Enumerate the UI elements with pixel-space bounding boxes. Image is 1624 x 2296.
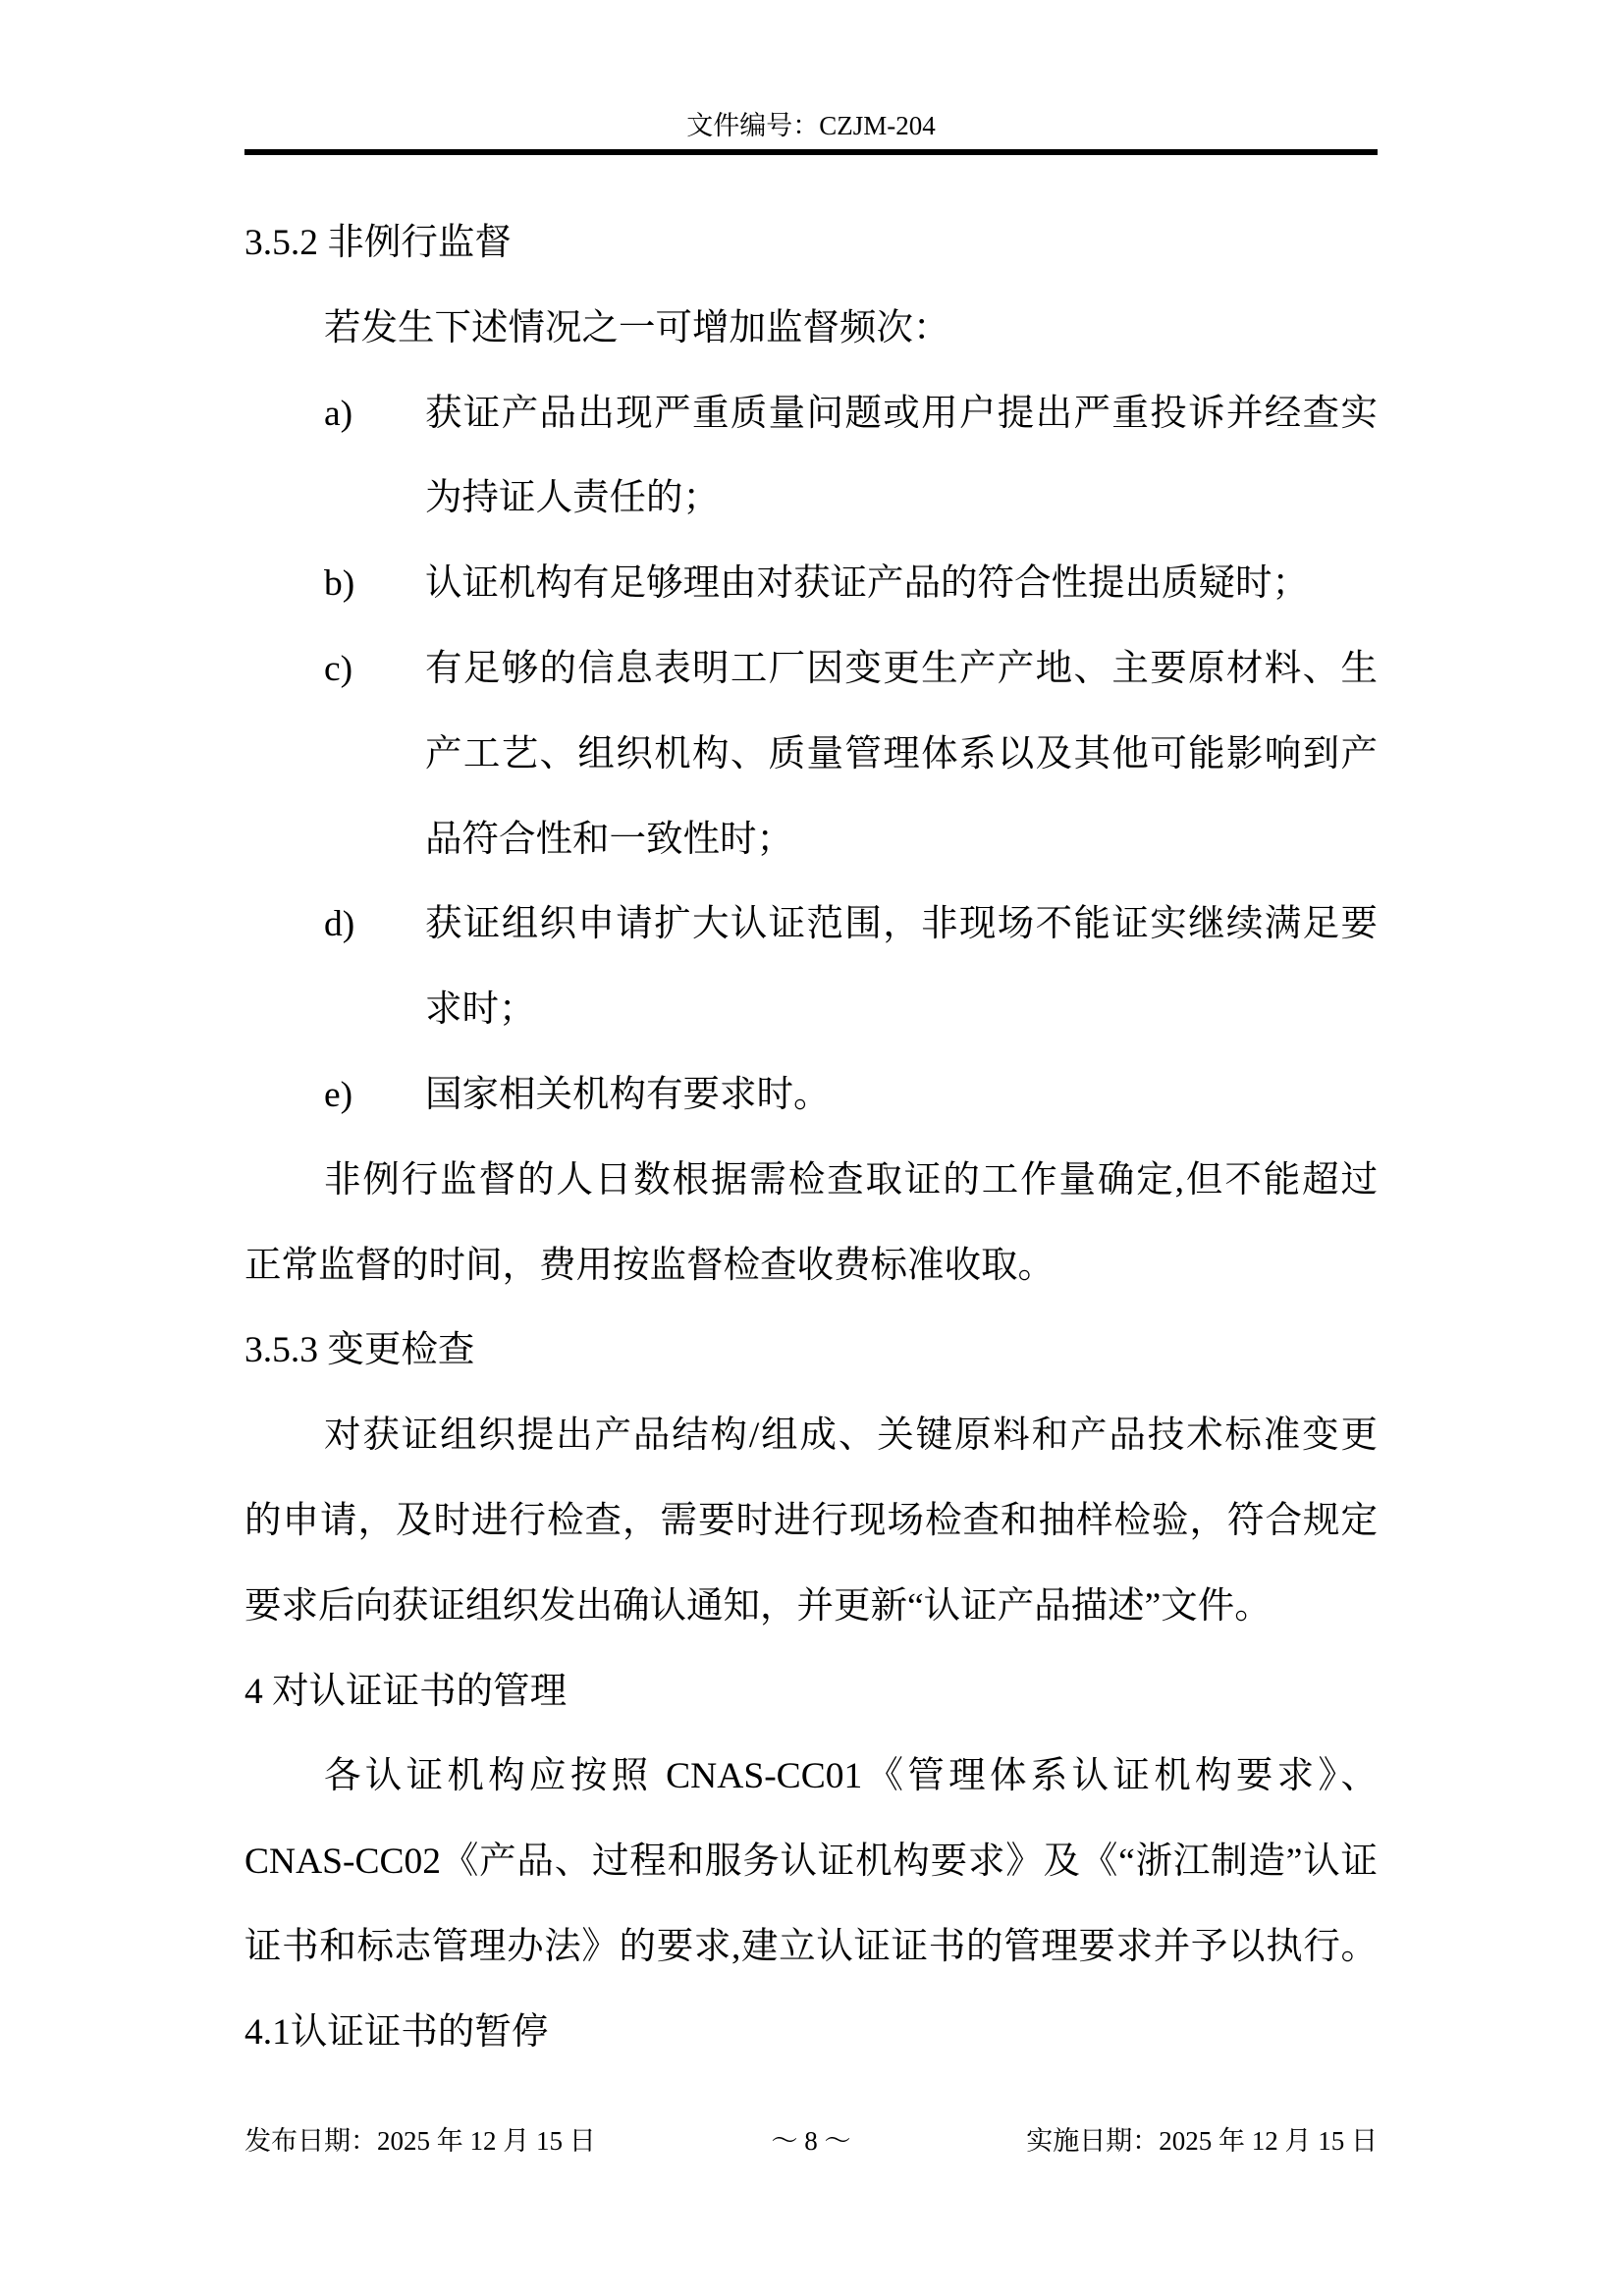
- list-marker: a): [324, 372, 352, 457]
- paragraph-line: 对获证组织提出产品结构/组成、关键原料和产品技术标准变更: [244, 1394, 1378, 1479]
- section-heading: 4.1认证证书的暂停: [244, 1991, 1378, 2076]
- list-marker: d): [324, 882, 354, 968]
- list-item-text: 认证机构有足够理由对获证产品的符合性提出质疑时；: [425, 563, 1309, 604]
- paragraph-line: 非例行监督的人日数根据需检查取证的工作量确定,但不能超过: [244, 1139, 1378, 1224]
- paragraph-line: 证书和标志管理办法》的要求,建立认证证书的管理要求并予以执行。: [244, 1905, 1378, 1991]
- footer-release-date: 发布日期：2025 年 12 月 15 日: [244, 2124, 596, 2158]
- list-marker: b): [324, 542, 354, 627]
- list-item-text: 有足够的信息表明工厂因变更生产产地、主要原材料、生: [425, 649, 1378, 689]
- paragraph-line: 要求后向获证组织发出确认通知，并更新“认证产品描述”文件。: [244, 1565, 1378, 1650]
- list-item-continuation: 产工艺、组织机构、质量管理体系以及其他可能影响到产: [244, 713, 1378, 798]
- document-body: 3.5.2 非例行监督 若发生下述情况之一可增加监督频次： a)获证产品出现严重…: [244, 201, 1378, 2076]
- list-item-line: e)国家相关机构有要求时。: [244, 1053, 1378, 1139]
- list-marker: c): [324, 627, 352, 713]
- paragraph-line: 若发生下述情况之一可增加监督频次：: [244, 287, 1378, 372]
- document-page: 文件编号：CZJM-204 3.5.2 非例行监督 若发生下述情况之一可增加监督…: [0, 0, 1624, 2296]
- list-item-line: b)认证机构有足够理由对获证产品的符合性提出质疑时；: [244, 542, 1378, 627]
- list-marker: e): [324, 1053, 352, 1139]
- paragraph-line: CNAS-CC02《产品、过程和服务认证机构要求》及《“浙江制造”认证: [244, 1820, 1378, 1905]
- footer-implement-date: 实施日期：2025 年 12 月 15 日: [1026, 2124, 1378, 2158]
- list-item-continuation: 为持证人责任的；: [244, 456, 1378, 542]
- footer-page-number: ～ 8 ～: [772, 2124, 851, 2158]
- list-item-continuation: 品符合性和一致性时；: [244, 798, 1378, 883]
- list-item-line: c)有足够的信息表明工厂因变更生产产地、主要原材料、生: [244, 627, 1378, 713]
- paragraph-line: 的申请，及时进行检查，需要时进行现场检查和抽样检验，符合规定: [244, 1479, 1378, 1565]
- section-heading: 4 对认证证书的管理: [244, 1650, 1378, 1735]
- paragraph-line: 各认证机构应按照 CNAS-CC01《管理体系认证机构要求》、: [244, 1735, 1378, 1820]
- list-item-text: 获证组织申请扩大认证范围，非现场不能证实继续满足要: [425, 904, 1378, 944]
- list-item-text: 获证产品出现严重质量问题或用户提出严重投诉并经查实: [425, 394, 1378, 434]
- list-item-line: d)获证组织申请扩大认证范围，非现场不能证实继续满足要: [244, 882, 1378, 968]
- section-heading: 3.5.3 变更检查: [244, 1308, 1378, 1394]
- list-item-continuation: 求时；: [244, 968, 1378, 1053]
- list-item-text: 国家相关机构有要求时。: [425, 1075, 831, 1115]
- paragraph-line: 正常监督的时间，费用按监督检查收费标准收取。: [244, 1224, 1378, 1309]
- page-footer: 发布日期：2025 年 12 月 15 日 ～ 8 ～ 实施日期：2025 年 …: [244, 2124, 1378, 2158]
- header-rule: [244, 149, 1378, 155]
- header-doc-number: 文件编号：CZJM-204: [244, 109, 1378, 142]
- list-item-line: a)获证产品出现严重质量问题或用户提出严重投诉并经查实: [244, 372, 1378, 457]
- section-heading: 3.5.2 非例行监督: [244, 201, 1378, 287]
